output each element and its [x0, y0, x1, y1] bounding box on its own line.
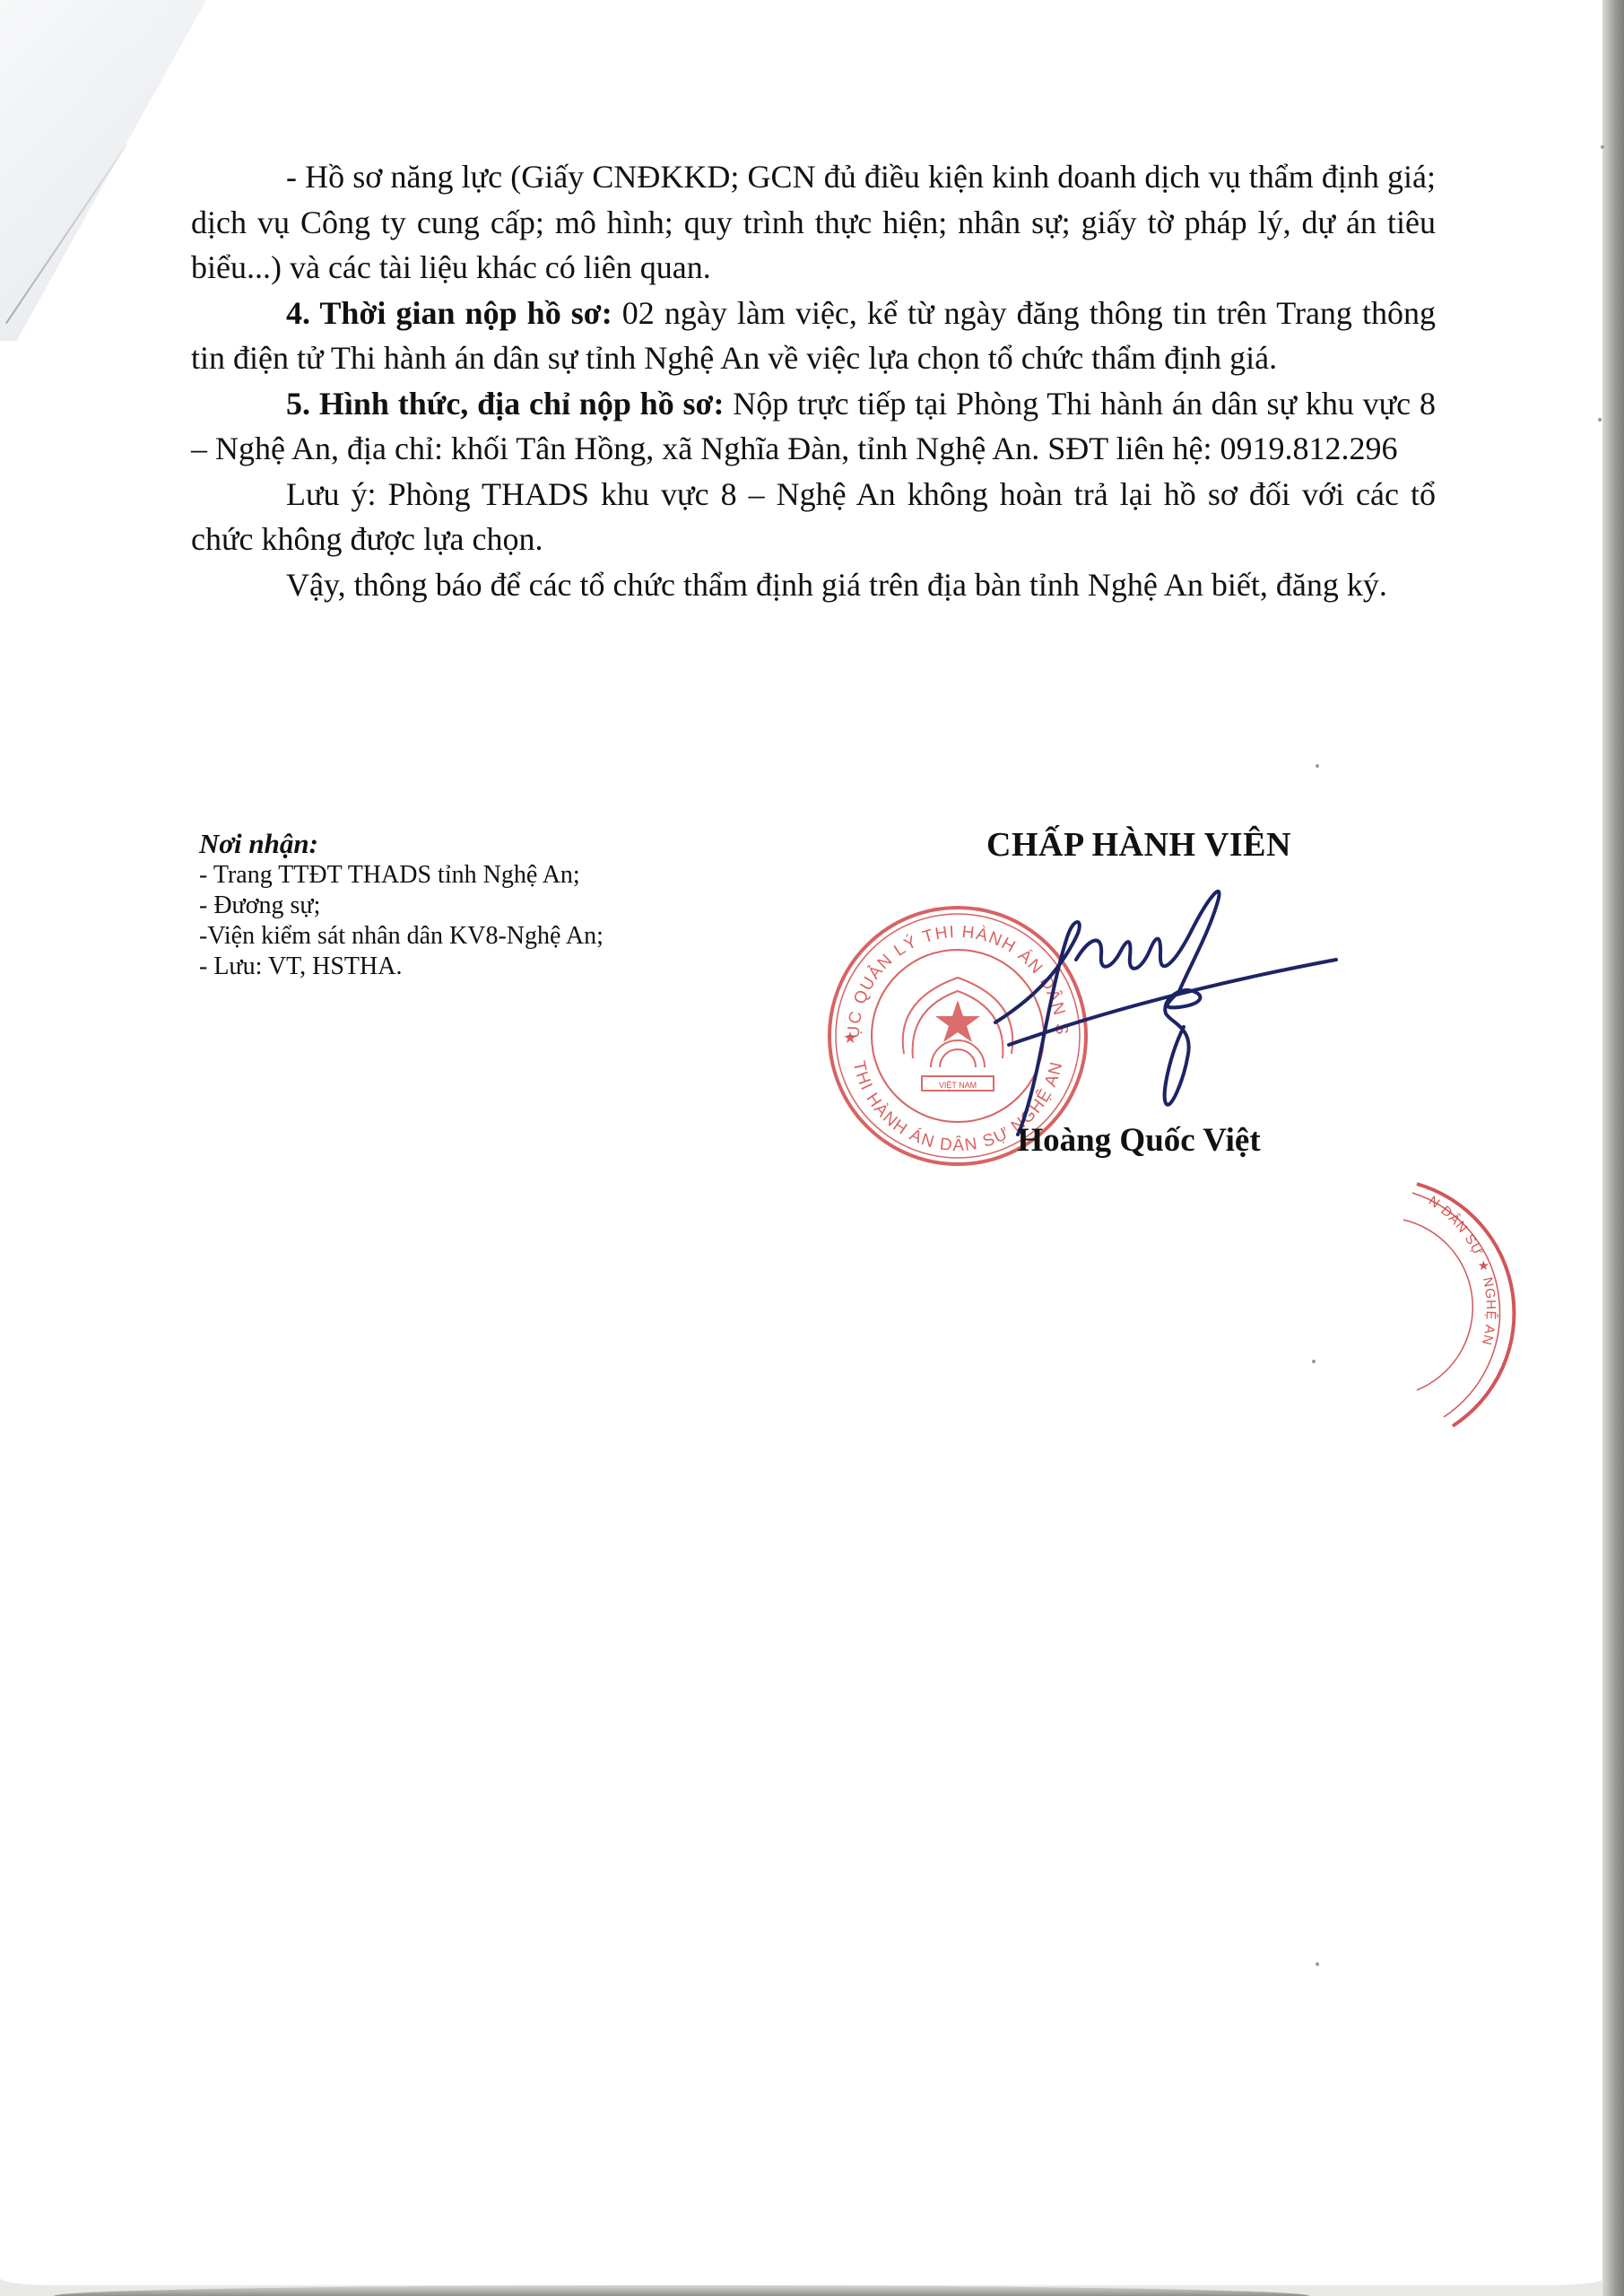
signer-name: Hoàng Quốc Việt: [977, 1121, 1300, 1160]
paper-speck: [1312, 1360, 1316, 1363]
signature-block: CHẤP HÀNH VIÊN: [897, 825, 1381, 865]
paragraph-text: - Hồ sơ năng lực (Giấy CNĐKKD; GCN đủ đi…: [191, 159, 1436, 285]
signer-title: CHẤP HÀNH VIÊN: [897, 825, 1381, 865]
paper-speck: [1601, 145, 1604, 149]
paragraph-luu-y: Lưu ý: Phòng THADS khu vực 8 – Nghệ An k…: [191, 472, 1436, 562]
paragraph-lead: 5. Hình thức, địa chỉ nộp hồ sơ:: [286, 386, 724, 422]
svg-text:★: ★: [843, 1029, 857, 1047]
paragraph-lead: 4. Thời gian nộp hồ sơ:: [286, 295, 612, 331]
page-edge-bottom: [54, 2285, 1309, 2296]
paper-speck: [1316, 764, 1319, 768]
recipients-block: Nơi nhận: - Trang TTĐT THADS tỉnh Nghệ A…: [199, 828, 604, 982]
document-body: - Hồ sơ năng lực (Giấy CNĐKKD; GCN đủ đi…: [191, 154, 1436, 607]
partial-stamp-icon: N DÂN SỰ ★ NGHỆ AN: [1399, 1166, 1542, 1435]
paragraph-text: Vậy, thông báo để các tổ chức thẩm định …: [286, 567, 1387, 603]
page-edge-right: [1602, 0, 1624, 2296]
paper-speck: [1316, 1962, 1319, 1966]
recipient-item: - Lưu: VT, HSTHA.: [199, 952, 604, 982]
svg-text:N DÂN SỰ ★ NGHỆ AN: N DÂN SỰ ★ NGHỆ AN: [1426, 1193, 1498, 1347]
recipient-item: - Trang TTĐT THADS tỉnh Nghệ An;: [199, 860, 604, 891]
paragraph-thoi-gian-nop: 4. Thời gian nộp hồ sơ: 02 ngày làm việc…: [191, 291, 1436, 381]
paragraph-text: Lưu ý: Phòng THADS khu vực 8 – Nghệ An k…: [191, 476, 1436, 558]
signature-icon: [977, 874, 1354, 1144]
recipients-title: Nơi nhận:: [199, 828, 604, 860]
recipient-item: -Viện kiểm sát nhân dân KV8-Nghệ An;: [199, 921, 604, 952]
paper-speck: [1598, 418, 1602, 422]
svg-text:VIỆT NAM: VIỆT NAM: [939, 1081, 977, 1090]
paragraph-ho-so-nang-luc: - Hồ sơ năng lực (Giấy CNĐKKD; GCN đủ đi…: [191, 154, 1436, 291]
recipient-item: - Đương sự;: [199, 891, 604, 921]
paragraph-ket-luan: Vậy, thông báo để các tổ chức thẩm định …: [191, 562, 1436, 608]
paragraph-hinh-thuc-dia-chi: 5. Hình thức, địa chỉ nộp hồ sơ: Nộp trự…: [191, 381, 1436, 472]
